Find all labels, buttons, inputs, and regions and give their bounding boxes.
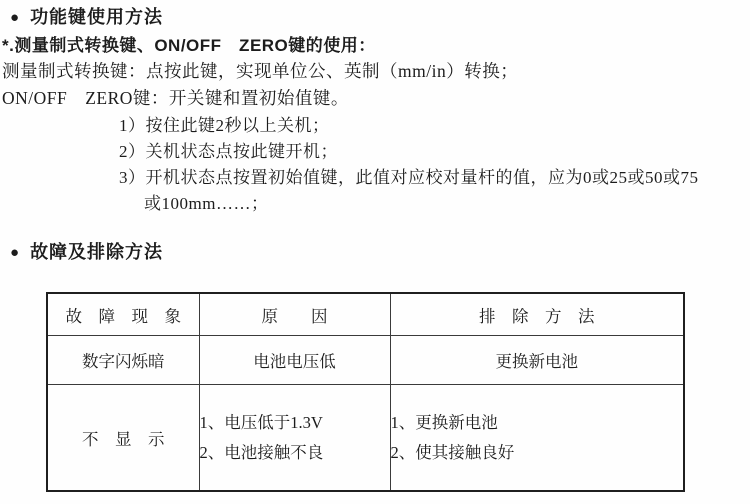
cause-line-2: 2、电池接触不良 [200,438,390,468]
symptom-text: 不 显 示 [82,430,165,449]
step-3-continuation: 或100mm……； [144,189,268,214]
cell-cause-2: 1、电压低于1.3V 2、电池接触不良 [199,385,390,492]
header-cause: 原 因 [199,293,390,336]
cell-symptom-1: 数字闪烁暗 [47,336,199,385]
table-row: 数字闪烁暗 电池电压低 更换新电池 [47,336,684,385]
table-header-row: 故 障 现 象 原 因 排 除 方 法 [47,293,684,336]
step-2: 2）关机状态点按此键开机； [119,137,338,162]
cell-remedy-2: 1、更换新电池 2、使其接触良好 [390,385,684,492]
cause-text: 电池电压低 [253,352,336,371]
function-keys-title: 功能键使用方法 [30,3,163,29]
bullet-icon: ● [10,10,20,25]
cell-cause-1: 电池电压低 [199,336,390,385]
symptom-text: 数字闪烁暗 [82,352,165,371]
header-remedy-label: 排 除 方 法 [479,307,595,326]
step-1: 1）按住此键2秒以上关机； [119,111,330,136]
troubleshooting-table: 故 障 现 象 原 因 排 除 方 法 数字闪烁暗 电池电压低 更换新电池 不 … [46,292,685,492]
header-symptom-label: 故 障 现 象 [66,307,182,326]
function-keys-heading: ● 功能键使用方法 [10,3,163,29]
remedy-text: 更换新电池 [496,352,579,371]
remedy-line-1: 1、更换新电池 [391,408,684,438]
remedy-line-2: 2、使其接触良好 [391,438,684,468]
troubleshooting-title: 故障及排除方法 [30,238,163,264]
troubleshooting-heading: ● 故障及排除方法 [10,238,163,264]
step-3: 3）开机状态点按置初始值键，此值对应校对量杆的值，应为0或25或50或75 [119,163,699,188]
header-symptom: 故 障 现 象 [47,293,199,336]
table-row: 不 显 示 1、电压低于1.3V 2、电池接触不良 1、更换新电池 2、使其接触… [47,385,684,492]
cause-line-1: 1、电压低于1.3V [200,408,390,438]
bullet-icon: ● [10,245,20,260]
keys-usage-subtitle: *.测量制式转换键、ON/OFF ZERO键的使用： [2,31,376,56]
header-remedy: 排 除 方 法 [390,293,684,336]
cell-symptom-2: 不 显 示 [47,385,199,492]
mode-key-description: 测量制式转换键：点按此键，实现单位公、英制（mm/in）转换； [2,58,518,83]
header-cause-label: 原 因 [262,307,328,326]
cell-remedy-1: 更换新电池 [390,336,684,385]
onoff-key-description: ON/OFF ZERO键：开关键和置初始值键。 [2,85,349,110]
